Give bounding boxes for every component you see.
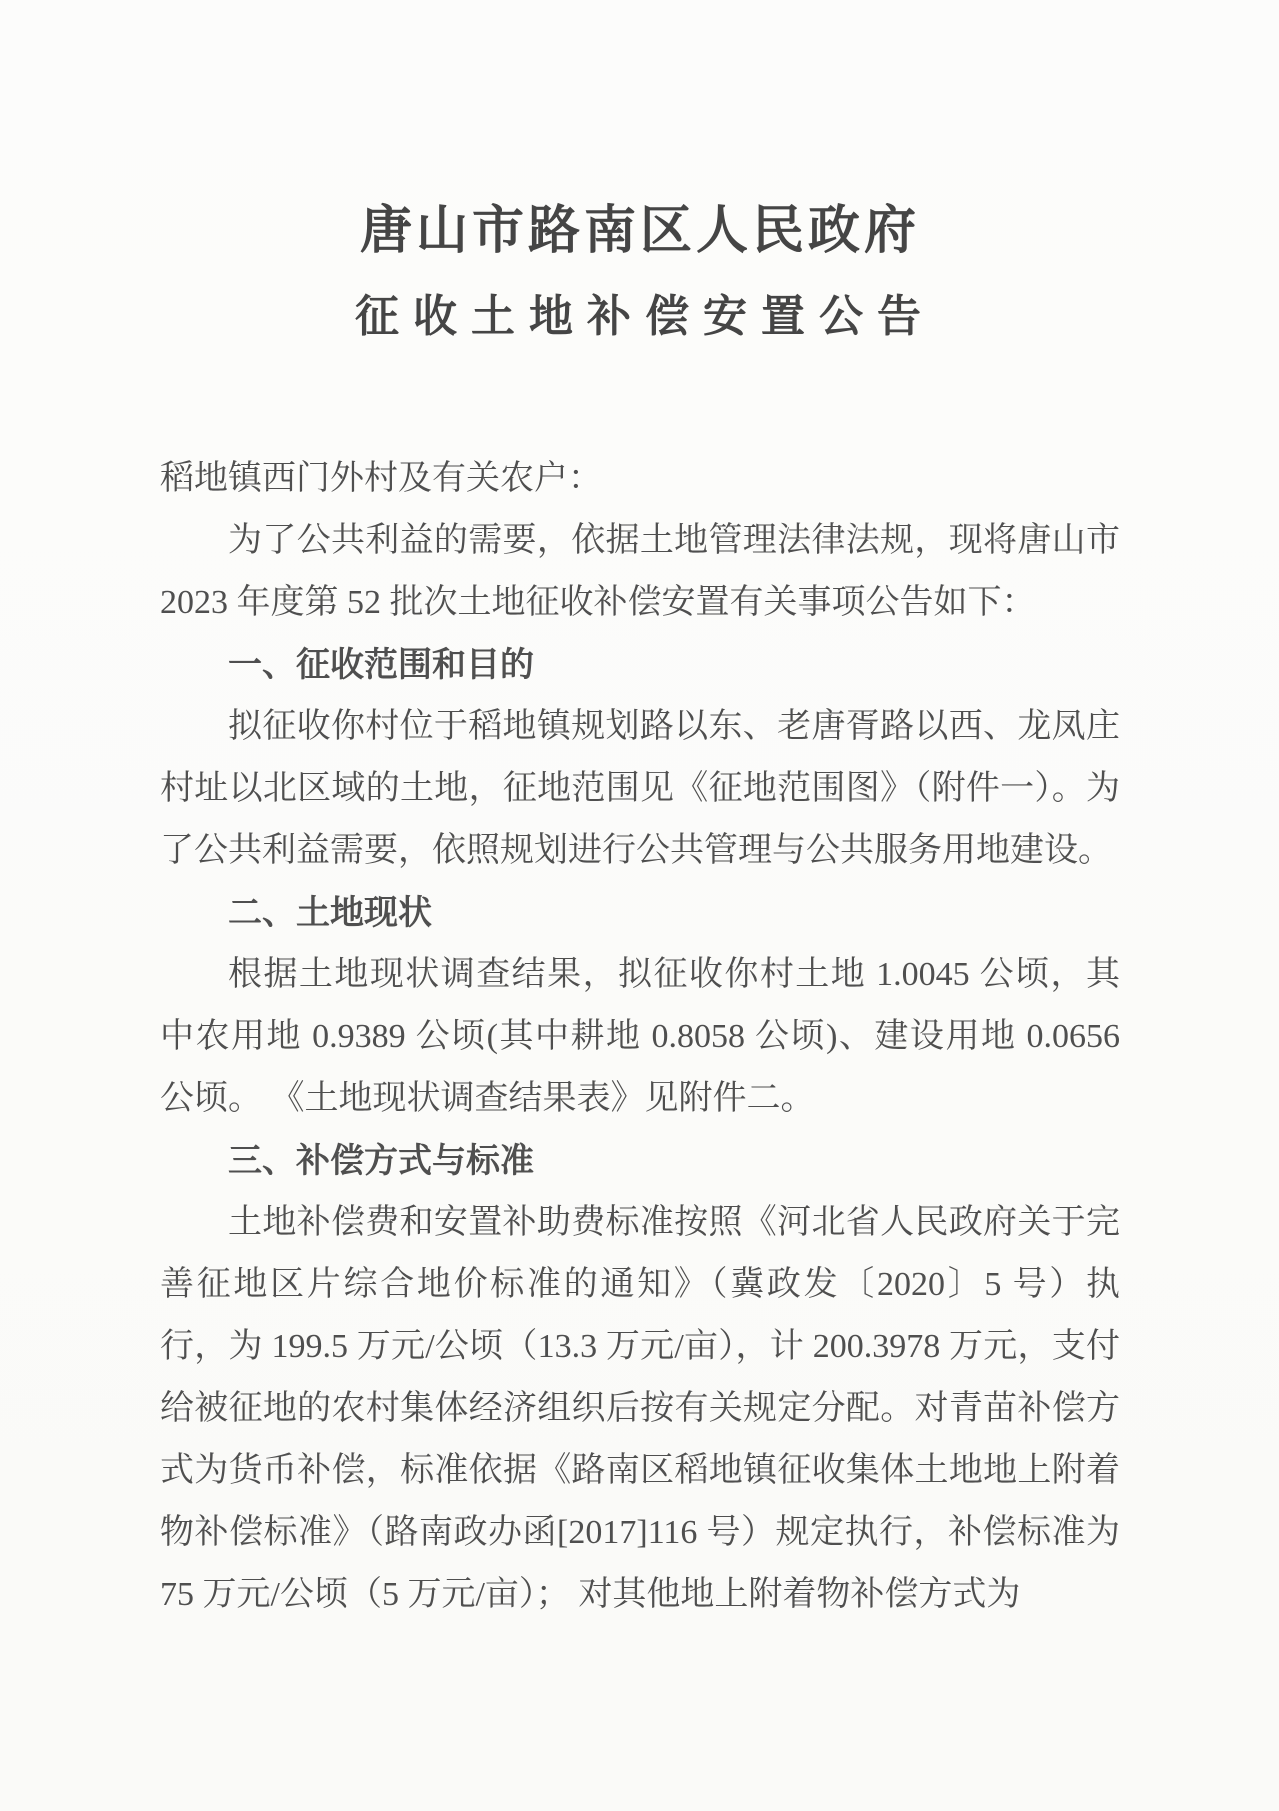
notice-body: 稻地镇西门外村及有关农户： 为了公共利益的需要，依据土地管理法律法规，现将唐山市… <box>160 448 1120 1626</box>
page-subtitle: 征收土地补偿安置公告 <box>160 286 1120 348</box>
section-3-heading: 三、补偿方式与标准 <box>160 1130 1120 1192</box>
notice-page: 唐山市路南区人民政府 征收土地补偿安置公告 稻地镇西门外村及有关农户： 为了公共… <box>0 0 1279 1811</box>
section-2-paragraph: 根据土地现状调查结果，拟征收你村土地 1.0045 公顷，其中农用地 0.938… <box>160 944 1120 1130</box>
title-block: 唐山市路南区人民政府 征收土地补偿安置公告 <box>160 200 1120 348</box>
page-title: 唐山市路南区人民政府 <box>160 200 1120 262</box>
salutation: 稻地镇西门外村及有关农户： <box>160 448 1120 510</box>
section-1-heading: 一、征收范围和目的 <box>160 634 1120 696</box>
section-2-heading: 二、土地现状 <box>160 882 1120 944</box>
section-3-paragraph: 土地补偿费和安置补助费标准按照《河北省人民政府关于完善征地区片综合地价标准的通知… <box>160 1192 1120 1626</box>
intro-paragraph: 为了公共利益的需要，依据土地管理法律法规，现将唐山市 2023 年度第 52 批… <box>160 510 1120 634</box>
section-1-paragraph: 拟征收你村位于稻地镇规划路以东、老唐胥路以西、龙凤庄村址以北区域的土地，征地范围… <box>160 696 1120 882</box>
